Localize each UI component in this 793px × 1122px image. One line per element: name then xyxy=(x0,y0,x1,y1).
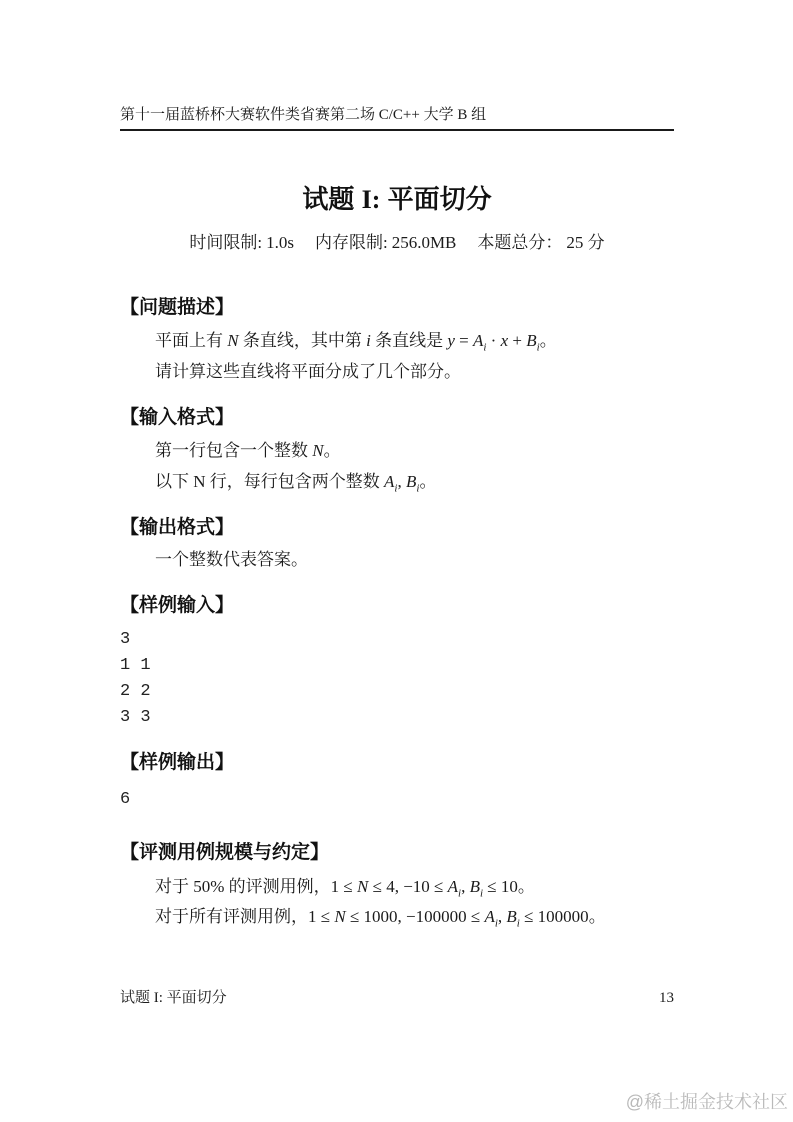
text-run: 平面切分 xyxy=(380,184,491,214)
paragraph: 平面上有 N 条直线，其中第 i 条直线是 y = Ai · x + Bi。 xyxy=(120,330,674,351)
sample-output-block: 6 xyxy=(120,787,674,813)
math-run: N xyxy=(227,331,238,350)
section-heading: 【输出格式】 xyxy=(120,517,674,538)
paragraph: 对于 50% 的评测用例，1 ≤ N ≤ 4, −10 ≤ Ai, Bi ≤ 1… xyxy=(120,876,674,897)
text-run: , xyxy=(461,877,470,896)
text-run: , xyxy=(397,472,406,491)
section-input-format: 【输入格式】 第一行包含一个整数 N。 以下 N 行，每行包含两个整数 Ai, … xyxy=(120,407,674,492)
text-run: 请计算这些直线将平面分成了几个部分。 xyxy=(155,362,461,381)
memory-limit-value: 256.0MB xyxy=(392,233,457,252)
text-run: ≤ 10 xyxy=(483,877,518,896)
sample-input-block: 31 12 23 3 xyxy=(120,627,674,731)
text-run: I: xyxy=(362,185,381,214)
text-run: 以下 N 行，每行包含两个整数 xyxy=(155,472,384,491)
text-run: 。 xyxy=(518,877,535,896)
page-number: 13 xyxy=(659,989,674,1007)
time-limit-value: 1.0s xyxy=(266,233,294,252)
footer-title: 试题 I: 平面切分 xyxy=(120,989,227,1007)
math-run: A xyxy=(473,331,483,350)
problem-title: 试题 I: 平面切分 xyxy=(120,184,674,215)
text-run: 1 ≤ xyxy=(331,877,357,896)
document-page: 第十一届蓝桥杯大赛软件类省赛第二场 C/C++ 大学 B 组 试题 I: 平面切… xyxy=(0,0,793,1122)
math-run: N xyxy=(312,441,323,460)
section-constraints: 【评测用例规模与约定】 对于 50% 的评测用例，1 ≤ N ≤ 4, −10 … xyxy=(120,842,674,927)
code-line: 2 2 xyxy=(120,679,674,705)
paragraph: 第一行包含一个整数 N。 xyxy=(120,440,674,461)
text-run: 。 xyxy=(419,472,436,491)
math-run: B xyxy=(470,877,480,896)
section-heading: 【样例输入】 xyxy=(120,595,674,616)
content-column: 试题 I: 平面切分 时间限制:1.0s内存限制:256.0MB本题总分：25 … xyxy=(120,131,674,927)
section-sample-output: 【样例输出】 6 xyxy=(120,752,674,813)
math-run: N xyxy=(357,877,368,896)
text-run: + xyxy=(508,331,526,350)
math-run: y xyxy=(447,331,455,350)
memory-limit-label: 内存限制: xyxy=(315,233,388,252)
math-run: N xyxy=(334,907,345,926)
text-run: 条直线，其中第 xyxy=(239,331,367,350)
section-heading: 【问题描述】 xyxy=(120,297,674,318)
text-run: 。 xyxy=(589,907,606,926)
text-run: 平面上有 xyxy=(155,331,227,350)
text-run: 。 xyxy=(324,441,341,460)
section-output-format: 【输出格式】 一个整数代表答案。 xyxy=(120,517,674,570)
text-run: ≤ 100000 xyxy=(520,907,589,926)
running-header: 第十一届蓝桥杯大赛软件类省赛第二场 C/C++ 大学 B 组 xyxy=(120,106,486,124)
code-line: 6 xyxy=(120,787,674,813)
memory-limit: 内存限制:256.0MB xyxy=(315,233,456,252)
text-run: 。 xyxy=(540,331,557,350)
text-run: 对于所有评测用例， xyxy=(155,907,308,926)
math-run: A xyxy=(484,907,494,926)
text-run: ≤ 4, −10 ≤ xyxy=(368,877,447,896)
page-footer: 试题 I: 平面切分 13 xyxy=(120,989,674,1007)
code-line: 3 3 xyxy=(120,705,674,731)
code-line: 1 1 xyxy=(120,653,674,679)
text-run: 条直线是 xyxy=(371,331,448,350)
text-run: 对于 50% 的评测用例， xyxy=(155,877,331,896)
code-line: 3 xyxy=(120,627,674,653)
text-run: 一个整数代表答案。 xyxy=(155,550,308,569)
text-run: 试题 xyxy=(302,184,361,214)
section-problem-description: 【问题描述】 平面上有 N 条直线，其中第 i 条直线是 y = Ai · x … xyxy=(120,297,674,382)
math-run: B xyxy=(506,907,516,926)
total-score-label: 本题总分： xyxy=(477,233,562,252)
text-run: 第一行包含一个整数 xyxy=(155,441,312,460)
paragraph: 对于所有评测用例，1 ≤ N ≤ 1000, −100000 ≤ Ai, Bi … xyxy=(120,906,674,927)
text-run: 1 ≤ xyxy=(308,907,334,926)
paragraph: 以下 N 行，每行包含两个整数 Ai, Bi。 xyxy=(120,471,674,492)
paragraph: 一个整数代表答案。 xyxy=(120,549,674,570)
math-run: B xyxy=(526,331,536,350)
section-heading: 【评测用例规模与约定】 xyxy=(120,842,674,863)
paragraph: 请计算这些直线将平面分成了几个部分。 xyxy=(120,361,674,382)
total-score: 本题总分：25 分 xyxy=(477,233,604,252)
section-heading: 【输入格式】 xyxy=(120,407,674,428)
section-sample-input: 【样例输入】 31 12 23 3 xyxy=(120,595,674,731)
math-run: A xyxy=(384,472,394,491)
math-run: B xyxy=(406,472,416,491)
watermark: @稀土掘金技术社区 xyxy=(626,1092,788,1112)
text-run: = xyxy=(455,331,473,350)
total-score-value: 25 分 xyxy=(566,233,604,252)
text-run: ≤ 1000, −100000 ≤ xyxy=(346,907,485,926)
time-limit-label: 时间限制: xyxy=(189,233,262,252)
section-heading: 【样例输出】 xyxy=(120,752,674,773)
limits-line: 时间限制:1.0s内存限制:256.0MB本题总分：25 分 xyxy=(120,233,674,253)
math-run: x xyxy=(501,331,509,350)
math-run: A xyxy=(448,877,458,896)
text-run: · xyxy=(486,331,500,350)
time-limit: 时间限制:1.0s xyxy=(189,233,294,252)
